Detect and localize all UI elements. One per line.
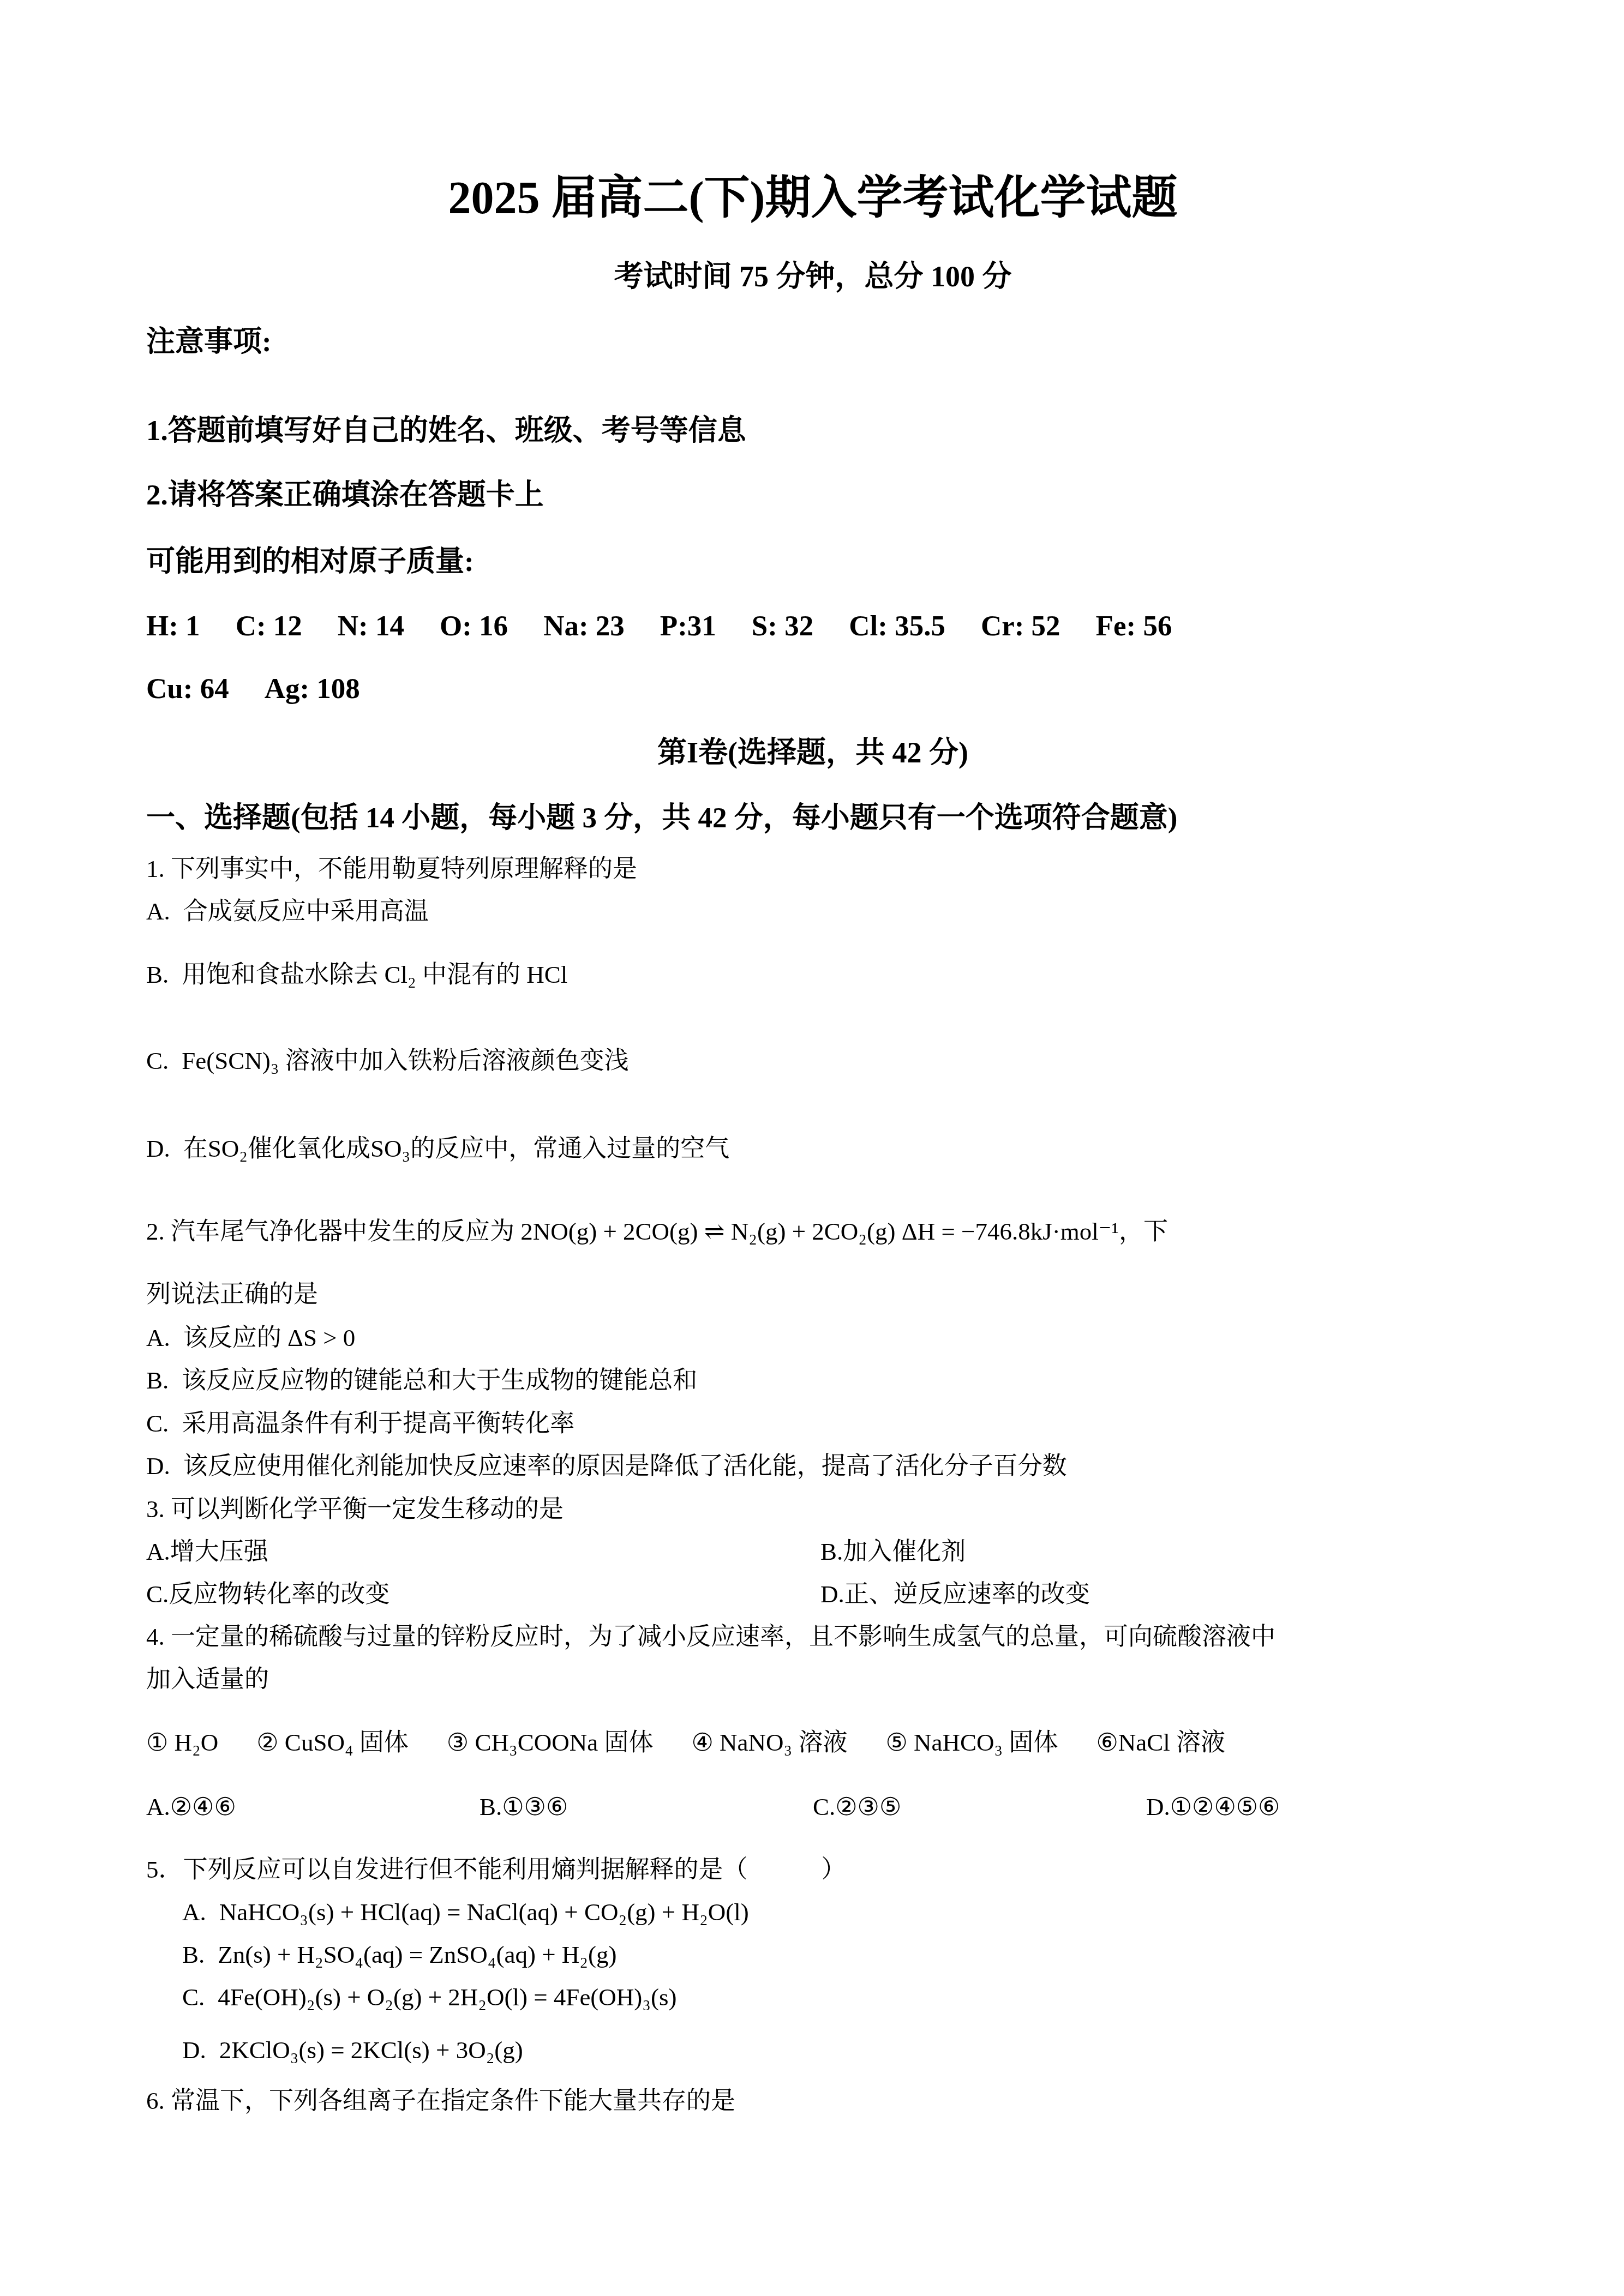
choice-3: ③ CH₃COONa 固体 bbox=[447, 1721, 654, 1764]
option-text: 增大压强 bbox=[170, 1538, 268, 1565]
option-label: C. bbox=[813, 1793, 835, 1820]
option-text: 该反应反应物的键能总和大于生成物的键能总和 bbox=[182, 1367, 697, 1394]
question-5-option-d: D.2KClO₃(s) = 2KCl(s) + 3O₂(g) bbox=[146, 2029, 1479, 2071]
question-5: 5．下列反应可以自发进行但不能利用熵判据解释的是（ ） A.NaHCO₃(s) … bbox=[146, 1848, 1479, 2071]
atomic-mass-h: H: 1 bbox=[146, 608, 200, 644]
atomic-mass-s: S: 32 bbox=[752, 608, 813, 644]
question-4-option-a: A.②④⑥ bbox=[146, 1786, 480, 1828]
question-4-stem-line-2: 加入适量的 bbox=[146, 1658, 1479, 1700]
question-2: 2. 汽车尾气净化器中发生的反应为 2NO(g) + 2CO(g) ⇌ N₂(g… bbox=[146, 1210, 1479, 1487]
option-label: B. bbox=[182, 1941, 205, 1968]
question-4-option-d: D.①②④⑤⑥ bbox=[1146, 1786, 1479, 1828]
question-3: 3. 可以判断化学平衡一定发生移动的是 A.增大压强 B.加入催化剂 C.反应物… bbox=[146, 1488, 1479, 1615]
option-label: A. bbox=[146, 1793, 170, 1820]
option-label: B. bbox=[480, 1793, 502, 1820]
question-3-option-b: B.加入催化剂 bbox=[820, 1530, 1479, 1573]
page-title: 2025 届高二(下)期入学考试化学试题 bbox=[146, 170, 1479, 227]
question-3-option-a: A.增大压强 bbox=[146, 1530, 820, 1573]
option-label: A. bbox=[182, 1898, 206, 1926]
option-text: 反应物转化率的改变 bbox=[169, 1580, 389, 1608]
atomic-mass-cr: Cr: 52 bbox=[981, 608, 1060, 644]
option-text: ②③⑤ bbox=[835, 1793, 901, 1820]
option-label: A. bbox=[146, 898, 170, 925]
question-5-stem: 5．下列反应可以自发进行但不能利用熵判据解释的是（ ） bbox=[146, 1848, 1479, 1891]
option-text: 采用高温条件有利于提高平衡转化率 bbox=[182, 1410, 574, 1437]
question-2-stem-line-2: 列说法正确的是 bbox=[146, 1273, 1479, 1315]
atomic-mass-cu: Cu: 64 bbox=[146, 671, 229, 707]
option-text: 在SO₂催化氧化成SO₃的反应中，常通入过量的空气 bbox=[183, 1135, 729, 1162]
choice-1: ① H₂O bbox=[146, 1721, 218, 1764]
option-text: 该反应的 ΔS > 0 bbox=[183, 1324, 356, 1351]
option-text: 加入催化剂 bbox=[843, 1538, 966, 1565]
atomic-mass-o: O: 16 bbox=[440, 608, 508, 644]
option-text: Fe(SCN)₃ 溶液中加入铁粉后溶液颜色变浅 bbox=[182, 1047, 628, 1074]
exam-document: 2025 届高二(下)期入学考试化学试题 考试时间 75 分钟，总分 100 分… bbox=[0, 0, 1624, 2296]
question-4-choices: ① H₂O ② CuSO₄ 固体 ③ CH₃COONa 固体 ④ NaNO₃ 溶… bbox=[146, 1721, 1479, 1764]
section-1-instruction: 一、选择题(包括 14 小题，每小题 3 分，共 42 分，每小题只有一个选项符… bbox=[146, 800, 1479, 836]
question-4: 4. 一定量的稀硫酸与过量的锌粉反应时，为了减小反应速率，且不影响生成氢气的总量… bbox=[146, 1615, 1479, 1828]
atomic-mass-na: Na: 23 bbox=[543, 608, 625, 644]
question-2-option-d: D.该反应使用催化剂能加快反应速率的原因是降低了活化能，提高了活化分子百分数 bbox=[146, 1445, 1479, 1487]
atomic-mass-fe: Fe: 56 bbox=[1096, 608, 1172, 644]
option-label: A. bbox=[146, 1538, 170, 1565]
question-3-stem: 3. 可以判断化学平衡一定发生移动的是 bbox=[146, 1488, 1479, 1530]
question-6-stem: 6. 常温下，下列各组离子在指定条件下能大量共存的是 bbox=[146, 2079, 1479, 2122]
atomic-mass-heading: 可能用到的相对原子质量: bbox=[146, 544, 1479, 580]
option-text: 2KClO₃(s) = 2KCl(s) + 3O₂(g) bbox=[219, 2036, 523, 2064]
notice-item-1: 1.答题前填写好自己的姓名、班级、考号等信息 bbox=[146, 413, 1479, 449]
question-1-option-c: C.Fe(SCN)₃ 溶液中加入铁粉后溶液颜色变浅 bbox=[146, 1039, 1479, 1082]
option-text: ②④⑥ bbox=[170, 1793, 236, 1820]
option-label: D. bbox=[1146, 1793, 1170, 1820]
question-2-option-c: C.采用高温条件有利于提高平衡转化率 bbox=[146, 1402, 1479, 1445]
question-2-option-b: B.该反应反应物的键能总和大于生成物的键能总和 bbox=[146, 1359, 1479, 1402]
atomic-mass-ag: Ag: 108 bbox=[265, 671, 360, 707]
option-text: 用饱和食盐水除去 Cl₂ 中混有的 HCl bbox=[182, 961, 567, 988]
option-label: C. bbox=[146, 1410, 169, 1437]
option-label: B. bbox=[820, 1538, 843, 1565]
question-3-option-row-1: A.增大压强 B.加入催化剂 bbox=[146, 1530, 1479, 1573]
question-3-option-row-2: C.反应物转化率的改变 D.正、逆反应速率的改变 bbox=[146, 1573, 1479, 1615]
question-3-option-c: C.反应物转化率的改变 bbox=[146, 1573, 820, 1615]
question-3-option-d: D.正、逆反应速率的改变 bbox=[820, 1573, 1479, 1615]
question-4-stem-line-1: 4. 一定量的稀硫酸与过量的锌粉反应时，为了减小反应速率，且不影响生成氢气的总量… bbox=[146, 1615, 1479, 1658]
question-4-option-row: A.②④⑥ B.①③⑥ C.②③⑤ D.①②④⑤⑥ bbox=[146, 1786, 1479, 1828]
choice-5: ⑤ NaHCO₃ 固体 bbox=[885, 1721, 1058, 1764]
question-2-stem-line-1: 2. 汽车尾气净化器中发生的反应为 2NO(g) + 2CO(g) ⇌ N₂(g… bbox=[146, 1210, 1479, 1253]
question-1-option-b: B.用饱和食盐水除去 Cl₂ 中混有的 HCl bbox=[146, 953, 1479, 996]
atomic-mass-line-1: H: 1 C: 12 N: 14 O: 16 Na: 23 P:31 S: 32… bbox=[146, 608, 1479, 644]
option-text: Zn(s) + H₂SO₄(aq) = ZnSO₄(aq) + H₂(g) bbox=[218, 1941, 616, 1968]
option-text: 合成氨反应中采用高温 bbox=[183, 898, 429, 925]
question-2-option-a: A.该反应的 ΔS > 0 bbox=[146, 1317, 1479, 1359]
option-label: B. bbox=[146, 1367, 169, 1394]
option-label: A. bbox=[146, 1324, 170, 1351]
atomic-mass-c: C: 12 bbox=[236, 608, 302, 644]
option-label: C. bbox=[146, 1580, 169, 1608]
question-5-option-a: A.NaHCO₃(s) + HCl(aq) = NaCl(aq) + CO₂(g… bbox=[146, 1891, 1479, 1933]
question-1-option-d: D.在SO₂催化氧化成SO₃的反应中，常通入过量的空气 bbox=[146, 1127, 1479, 1170]
option-text: 4Fe(OH)₂(s) + O₂(g) + 2H₂O(l) = 4Fe(OH)₃… bbox=[218, 1984, 676, 2011]
choice-6: ⑥NaCl 溶液 bbox=[1096, 1721, 1225, 1764]
question-5-option-c: C.4Fe(OH)₂(s) + O₂(g) + 2H₂O(l) = 4Fe(OH… bbox=[146, 1976, 1479, 2018]
question-6: 6. 常温下，下列各组离子在指定条件下能大量共存的是 bbox=[146, 2079, 1479, 2122]
option-label: D. bbox=[820, 1580, 844, 1608]
atomic-mass-cl: Cl: 35.5 bbox=[849, 608, 945, 644]
question-1: 1. 下列事实中，不能用勒夏特列原理解释的是 A.合成氨反应中采用高温 B.用饱… bbox=[146, 848, 1479, 1170]
option-label: B. bbox=[146, 961, 169, 988]
choice-2: ② CuSO₄ 固体 bbox=[256, 1721, 409, 1764]
atomic-mass-n: N: 14 bbox=[338, 608, 404, 644]
exam-time-score: 考试时间 75 分钟，总分 100 分 bbox=[146, 258, 1479, 295]
question-1-option-a: A.合成氨反应中采用高温 bbox=[146, 890, 1479, 933]
question-4-option-b: B.①③⑥ bbox=[480, 1786, 813, 1828]
question-5-option-b: B.Zn(s) + H₂SO₄(aq) = ZnSO₄(aq) + H₂(g) bbox=[146, 1933, 1479, 1976]
question-1-stem: 1. 下列事实中，不能用勒夏特列原理解释的是 bbox=[146, 848, 1479, 890]
option-label: C. bbox=[182, 1984, 205, 2011]
choice-4: ④ NaNO₃ 溶液 bbox=[691, 1721, 847, 1764]
option-text: 该反应使用催化剂能加快反应速率的原因是降低了活化能，提高了活化分子百分数 bbox=[183, 1452, 1067, 1480]
option-text: ①②④⑤⑥ bbox=[1170, 1793, 1280, 1820]
notice-item-2: 2.请将答案正确填涂在答题卡上 bbox=[146, 477, 1479, 513]
section-1-title: 第I卷(选择题，共 42 分) bbox=[146, 734, 1479, 771]
option-label: D. bbox=[146, 1452, 170, 1480]
option-label: D. bbox=[146, 1135, 170, 1162]
atomic-mass-line-2: Cu: 64 Ag: 108 bbox=[146, 671, 1479, 707]
option-text: ①③⑥ bbox=[502, 1793, 568, 1820]
question-4-option-c: C.②③⑤ bbox=[813, 1786, 1146, 1828]
option-label: C. bbox=[146, 1047, 169, 1074]
atomic-mass-p: P:31 bbox=[660, 608, 716, 644]
option-text: NaHCO₃(s) + HCl(aq) = NaCl(aq) + CO₂(g) … bbox=[219, 1898, 749, 1926]
option-text: 正、逆反应速率的改变 bbox=[844, 1580, 1090, 1608]
option-label: D. bbox=[182, 2036, 206, 2064]
notice-heading: 注意事项: bbox=[146, 324, 1479, 360]
